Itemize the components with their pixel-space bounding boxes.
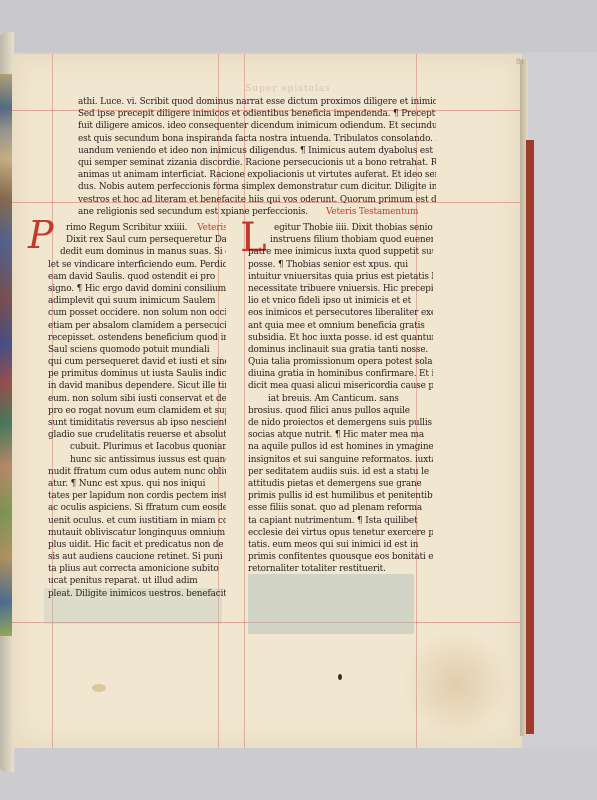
text-line: primis confitentes quousque eos bonitati… [248, 551, 433, 563]
text-line: brosius. quod filici anus pullos aquile [248, 405, 433, 417]
text-line: rimo Regum Scribitur xxiiii. Veteris [48, 222, 226, 234]
text-line: nudit ffratum cum odus autem nunc obliuu… [48, 466, 226, 478]
text-line: in david manibus dependere. Sicut ille t… [48, 380, 226, 392]
rubric: Veteris [197, 222, 226, 234]
text-fragment: rimo Regum Scribitur xxiiii. [66, 222, 187, 234]
text-line: subsidia. Et hoc iuxta posse. id est qua… [248, 332, 433, 344]
text-line: diuina gratia in hominibus confirmare. E… [248, 368, 433, 380]
text-line: cubuit. Plurimus et Iacobus quoniam [48, 441, 226, 453]
text-line: dus. Nobis autem perfeccionis forma simp… [78, 181, 436, 193]
text-line: adimplevit qui suum inimicum Saulem [48, 295, 226, 307]
text-line: de nido proiectos et demergens suis pull… [248, 417, 433, 429]
text-line: fuit diligere amicos. ideo consequenter … [78, 120, 436, 132]
text-line: Sed ipse precepit diligere inimicos et o… [78, 108, 436, 120]
text-line: intuitur vniuersitas quia prius est piet… [248, 271, 433, 283]
text-line: primis pullis id est humilibus et penite… [248, 490, 433, 502]
text-line: pro eo rogat novum eum clamidem et super [48, 405, 226, 417]
text-line: patre mee inimicus iuxta quod suppetit s… [248, 246, 433, 258]
red-binding [526, 140, 534, 734]
text-line: gladio sue crudelitatis reuerse et absol… [48, 429, 226, 441]
text-line: athi. Luce. vi. Scribit quod dominus nar… [78, 96, 436, 108]
left-column: rimo Regum Scribitur xxiiii. Veteris Dix… [48, 222, 226, 600]
facing-page-illumination [0, 74, 12, 636]
top-text-block: athi. Luce. vi. Scribit quod dominus nar… [78, 96, 436, 218]
text-line: sis aut audiens caucione retinet. Si pun… [48, 551, 226, 563]
text-line: eum. non solum sibi iusti conservat et d… [48, 393, 226, 405]
right-column: egitur Thobie iiii. Dixit thobias senior… [248, 222, 433, 575]
text-line: pleat. Diligite inimicos uestros. benefa… [48, 588, 226, 600]
text-line: retornaliter totaliter restituerit. [248, 563, 433, 575]
folio-number: 81 [516, 58, 525, 66]
text-line: animas ut animam interficiat. Racione ex… [78, 169, 436, 181]
text-line: iat breuis. Am Canticum. sans [248, 393, 433, 405]
text-line: ac oculis aspiciens. Si ffratum cum eosd… [48, 502, 226, 514]
text-line: egitur Thobie iiii. Dixit thobias senior [248, 222, 433, 234]
text-line: sunt timiditatis reversus ab ipso nescie… [48, 417, 226, 429]
text-fragment: ane religionis sed secundum est xpiane p… [78, 206, 308, 218]
blank-area [248, 574, 414, 634]
text-line: etiam per absalom clamidem a persecucion… [48, 320, 226, 332]
text-line: recepisset. ostendens beneficium quod im… [48, 332, 226, 344]
text-line: qui semper seminat zizania discordie. Ra… [78, 157, 436, 169]
text-line: est quis secundum bona inspiranda facta … [78, 133, 436, 145]
text-line: uandum veniendo et ideo non inimicus dil… [78, 145, 436, 157]
text-line: plus uidit. Hic facit et predicatus non … [48, 539, 226, 551]
text-line: Dixit rex Saul cum persequeretur David [48, 234, 226, 246]
text-line: hunc sic antissimus iussus est quando [48, 454, 226, 466]
text-line: necessitate tribuere vniuersis. Hic prec… [248, 283, 433, 295]
text-line: lio et vnico fideli ipso ut inimicis et … [248, 295, 433, 307]
text-line: let se vindicare interficiendo eum. Perd… [48, 259, 226, 271]
running-head: Super epistolas [208, 84, 368, 94]
text-line: cum posset occidere. non solum non occid… [48, 307, 226, 319]
text-line: dicit mea quasi alicui misericordia caus… [248, 380, 433, 392]
text-line: eos inimicos et persecutores liberaliter… [248, 307, 433, 319]
text-line: vestros et hoc ad literam et benefacite … [78, 194, 436, 206]
stain [92, 684, 106, 692]
text-line: qui cum persequeret david et iusti et si… [48, 356, 226, 368]
text-line: eam david Saulis. quod ostendit ei pro [48, 271, 226, 283]
text-line: esse filiis sonat. quo ad plenam reforma [248, 502, 433, 514]
text-line: attitudis pietas et demergens sue grane [248, 478, 433, 490]
text-line: ta plius aut correcta amonicione subito [48, 563, 226, 575]
text-line: ecclesie dei virtus opus tenetur exercer… [248, 527, 433, 539]
text-line: mutauit obliviscatur longinquus omnium q… [48, 527, 226, 539]
text-line: instruens filium thobiam quod euenerit a [248, 234, 433, 246]
ink-spot [338, 674, 342, 680]
text-line: ant quia mee et omnium beneficia gratis [248, 320, 433, 332]
text-line: tatis. eum meos qui sui inimici id est i… [248, 539, 433, 551]
text-line: tates per lapidum non cordis pectem inst… [48, 490, 226, 502]
text-line: socias atque nutrit. ¶ Hic mater mea ma [248, 429, 433, 441]
rubric-heading: Veteris Testamentum [326, 206, 418, 218]
text-line: atur. ¶ Nunc est xpus. qui nos iniqui [48, 478, 226, 490]
text-line: dominus inclinauit sua gratia tanti noss… [248, 344, 433, 356]
text-line: per seditatem audiis suis. id est a stat… [248, 466, 433, 478]
text-line: na aquile pullos id est homines in ymagi… [248, 441, 433, 453]
text-line: pe primitus dominus ut iusta Saulis indi… [48, 368, 226, 380]
text-line: signo. ¶ Hic ergo david domini consilium [48, 283, 226, 295]
text-line: Saul sciens quomodo potuit mundiali [48, 344, 226, 356]
background-bottom [0, 748, 597, 800]
text-line: uenit oculus. et cum iustitiam in miam c… [48, 515, 226, 527]
text-line: ucat penitus reparat. ut illud adim [48, 575, 226, 587]
text-line: ta capiant nutrimentum. ¶ Ista quilibet [248, 515, 433, 527]
text-line: dedit eum dominus in manus suas. Si cum … [48, 246, 226, 258]
text-line: posse. ¶ Thobias senior est xpus. qui [248, 259, 433, 271]
text-line: Quia talia promissionum opera potest sol… [248, 356, 433, 368]
background-top [0, 0, 597, 52]
text-line: insignitos et sui sanguine reformatos. i… [248, 454, 433, 466]
